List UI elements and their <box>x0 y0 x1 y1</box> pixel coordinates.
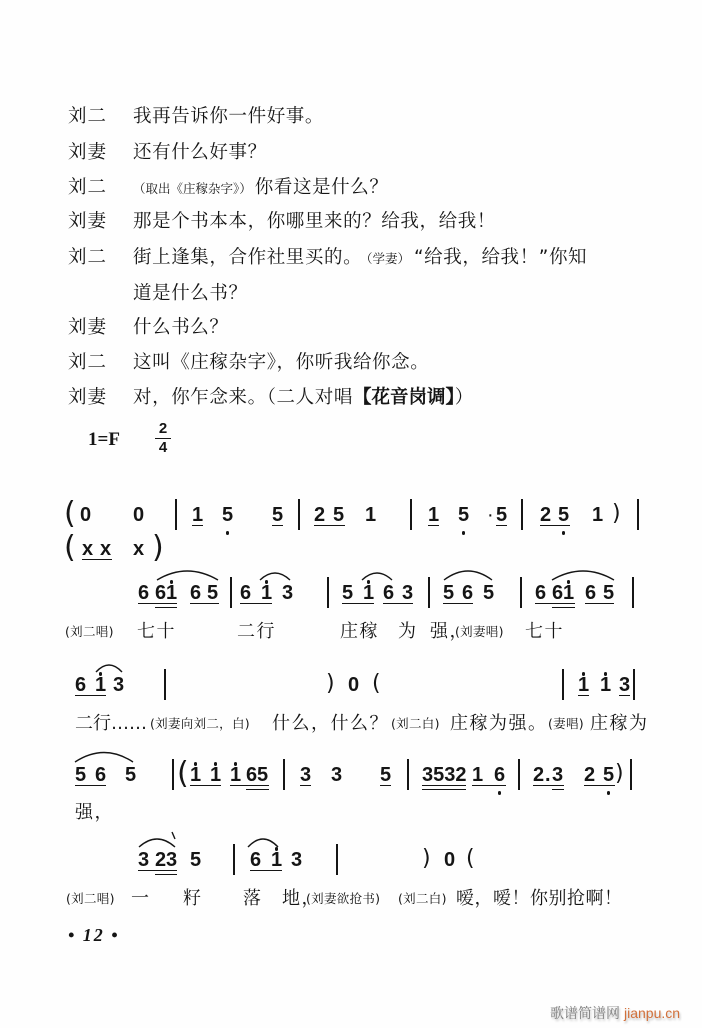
bar-line <box>562 669 564 700</box>
percussion-beat: x <box>133 539 144 559</box>
note: 5 <box>496 505 507 525</box>
bar-line <box>336 844 338 875</box>
lyrics-row: (刘二唱) 七十 二行 庄稼 为 强， (刘妻唱) 七十 <box>0 621 702 643</box>
beam-underline <box>472 785 506 786</box>
beam-underline <box>190 603 219 604</box>
beam-double-underline <box>552 789 564 790</box>
close-paren: ) <box>615 763 624 785</box>
note: 3 <box>291 850 302 870</box>
speaker-name: 刘二 <box>68 352 133 374</box>
note-high-octave: 1 <box>363 583 374 603</box>
beam-double-underline <box>155 874 177 875</box>
dialogue-text: 你看这是什么？ <box>255 177 389 198</box>
singer-direction: (刘妻唱) <box>455 621 504 643</box>
note-low-octave: 5 <box>222 505 233 525</box>
speaker-name: 刘二 <box>68 247 133 269</box>
note-low-octave: 5 <box>558 505 569 525</box>
score-row: 5 6 5 ( 1 1 1 6 5 3 3 5 3532 1 6 2 . 3 2… <box>0 765 702 785</box>
beam-underline <box>250 870 282 871</box>
note: 1 <box>192 505 203 525</box>
note: 3 <box>331 765 342 785</box>
open-paren: ( <box>466 848 475 870</box>
note-low-octave: 5 <box>458 505 469 525</box>
beam-underline <box>138 603 177 604</box>
lyric: 一 <box>131 888 151 910</box>
watermark: 歌谱简谱网jianpu.cn <box>550 1003 680 1024</box>
note: 5 <box>75 765 86 785</box>
beam-underline <box>578 695 589 696</box>
note: 5 <box>342 583 353 603</box>
lyric: 庄稼为 <box>590 713 649 735</box>
note: 3 <box>282 583 293 603</box>
beam-underline <box>240 603 272 604</box>
stage-direction: (刘妻欲抢书) <box>306 888 380 910</box>
lyrics-row: 强， <box>0 802 702 824</box>
beam-underline <box>383 603 413 604</box>
lyric: 为 <box>398 621 418 643</box>
lyrics-row: (刘二唱) 一 籽 落 地， (刘妻欲抢书) (刘二白) 嗳，嗳！你别抢啊！ <box>0 888 702 910</box>
score-page: 刘二我再告诉你一件好事。 刘妻还有什么好事？ 刘二（取出《庄稼杂字》）你看这是什… <box>0 0 702 1028</box>
lyric: 庄稼 <box>340 621 379 643</box>
note: 6 <box>250 850 261 870</box>
note-high-octave: 1 <box>600 675 611 695</box>
note: 6 <box>535 583 546 603</box>
beam-underline <box>533 785 564 786</box>
bar-line <box>428 577 430 608</box>
singer-direction: (妻唱) <box>548 713 584 735</box>
dialogue-text: ） <box>455 387 474 408</box>
score-row: 6 1 3 ) 0 ( 1 1 3 <box>0 675 702 695</box>
slur-marks <box>0 830 702 852</box>
spoken-direction: (刘妻向刘二，白) <box>150 713 250 735</box>
close-paren: ) <box>422 848 431 870</box>
beam-underline <box>584 785 615 786</box>
rest: 0 <box>444 850 455 870</box>
note: 3 <box>402 583 413 603</box>
note: 5 <box>257 765 268 785</box>
grace-dot: · <box>487 505 494 525</box>
beam-underline <box>428 525 439 526</box>
note-high-octave: 1 <box>190 765 201 785</box>
note: 5 <box>207 583 218 603</box>
note-high-octave: 1 <box>563 583 574 603</box>
note: 5 <box>443 583 454 603</box>
note: 1 <box>472 765 483 785</box>
note: 2 <box>314 505 325 525</box>
time-numerator: 2 <box>155 421 171 437</box>
note: 6 <box>552 583 563 603</box>
note: 6 <box>75 675 86 695</box>
note: 3 <box>300 765 311 785</box>
beam-underline <box>192 525 203 526</box>
beam-underline <box>272 525 283 526</box>
bar-line <box>230 577 232 608</box>
lyric: 二行…… <box>75 713 147 735</box>
note-high-octave: 1 <box>271 850 282 870</box>
dialogue-text: 街上逢集，合作社里买的。 <box>133 247 362 268</box>
percussion-beat: x <box>100 539 111 559</box>
dialogue-line: 刘妻还有什么好事？ <box>68 142 267 164</box>
open-paren: ( <box>372 673 381 695</box>
beam-underline <box>422 785 466 786</box>
note: 0 <box>80 505 91 525</box>
percussion-row: ( x x x ) <box>0 539 702 559</box>
bar-line <box>283 759 285 790</box>
close-paren: ) <box>326 673 335 695</box>
beam-double-underline <box>552 607 575 608</box>
dialogue-line: 刘二我再告诉你一件好事。 <box>68 106 324 128</box>
speaker-name: 刘妻 <box>68 387 133 409</box>
note: 2 <box>584 765 595 785</box>
beam-underline <box>82 559 112 560</box>
beam-underline <box>138 870 177 871</box>
lyric: 二行 <box>237 621 276 643</box>
note-high-octave: 1 <box>230 765 241 785</box>
note-low-octave: 5 <box>603 765 614 785</box>
note: 6 <box>190 583 201 603</box>
bar-line <box>633 669 635 700</box>
beam-double-underline <box>422 789 466 790</box>
beam-double-underline <box>246 789 269 790</box>
note-high-octave: 1 <box>578 675 589 695</box>
note: 5 <box>380 765 391 785</box>
beam-underline <box>300 785 311 786</box>
dialogue-text: 什么书么？ <box>133 317 229 338</box>
augmentation-dot: . <box>545 765 551 785</box>
speaker-name: 刘妻 <box>68 142 133 164</box>
note: 5 <box>483 583 494 603</box>
note-high-octave: 1 <box>95 675 106 695</box>
time-denominator: 4 <box>155 440 171 456</box>
beam-underline <box>443 603 473 604</box>
singer-direction: (刘二唱) <box>65 621 114 643</box>
bar-line <box>327 577 329 608</box>
tune-name: 【花音岗调】 <box>353 387 455 408</box>
beam-underline <box>540 525 570 526</box>
watermark-url: jianpu.cn <box>624 1005 680 1021</box>
note-high-octave: 1 <box>166 583 177 603</box>
bar-line <box>407 759 409 790</box>
note-high-octave: 1 <box>261 583 272 603</box>
lyric: 籽 <box>183 888 203 910</box>
spoken-direction: (刘二白) <box>398 888 447 910</box>
beam-underline <box>380 785 391 786</box>
dialogue-text: “给我，给我！”你知 <box>414 247 587 268</box>
note: 3 <box>138 850 149 870</box>
speaker-name: 刘二 <box>68 106 133 128</box>
dialogue-line: 刘妻对，你乍念来。（二人对唱【花音岗调】） <box>68 387 474 409</box>
dialogue-line: 刘二街上逢集，合作社里买的。（学妻）“给我，给我！”你知 <box>68 247 587 269</box>
bar-line <box>637 499 639 530</box>
note: 6 <box>462 583 473 603</box>
beam-double-underline <box>155 607 177 608</box>
dialogue-text: 这叫《庄稼杂字》，你听我给你念。 <box>133 352 429 373</box>
beam-underline <box>342 603 374 604</box>
beam-underline <box>314 525 345 526</box>
bar-line <box>164 669 166 700</box>
close-paren: ) <box>152 532 164 564</box>
note: 1 <box>428 505 439 525</box>
bar-line <box>632 577 634 608</box>
note: 5 <box>190 850 201 870</box>
note: 0 <box>133 505 144 525</box>
bar-line <box>520 577 522 608</box>
dialogue-line: 刘妻那是个书本本，你哪里来的？给我，给我！ <box>68 211 496 233</box>
dialogue-line: 刘妻什么书么？ <box>68 317 229 339</box>
dialogue-line: 刘二（取出《庄稼杂字》）你看这是什么？ <box>68 177 388 199</box>
note: 5 <box>603 583 614 603</box>
beam-underline <box>75 695 106 696</box>
note: 1 <box>365 505 376 525</box>
note: 6 <box>155 583 166 603</box>
dialogue-line: 刘二这叫《庄稼杂字》，你听我给你念。 <box>68 352 429 374</box>
beam-underline <box>535 603 575 604</box>
note: 6 <box>138 583 149 603</box>
note-high-octave: 1 <box>210 765 221 785</box>
note-group: 3532 <box>422 765 467 785</box>
note: 1 <box>592 505 603 525</box>
note: 6 <box>95 765 106 785</box>
note: 5 <box>333 505 344 525</box>
page-number: • 12 • <box>68 924 120 946</box>
key-signature: 1=F <box>88 429 120 451</box>
speaker-name: 刘妻 <box>68 317 133 339</box>
beam-underline <box>75 785 106 786</box>
time-signature: 2 4 <box>155 421 171 456</box>
score-row: 3 2 3 5 6 1 3 ) 0 ( <box>0 850 702 870</box>
bar-line <box>233 844 235 875</box>
note: 6 <box>585 583 596 603</box>
note: 3 <box>552 765 563 785</box>
singer-direction: (刘二唱) <box>66 888 115 910</box>
note: 3 <box>166 850 177 870</box>
dialogue-text: 道是什么书？ <box>133 283 248 304</box>
bar-line <box>630 759 632 790</box>
dialogue-text: 我再告诉你一件好事。 <box>133 106 324 127</box>
dialogue-text: 还有什么好事？ <box>133 142 267 163</box>
note: 2 <box>540 505 551 525</box>
beam-underline <box>585 603 614 604</box>
spoken-line: 庄稼为强。 <box>450 713 548 735</box>
lyric: 强， <box>75 802 114 824</box>
note: 5 <box>272 505 283 525</box>
beam-underline <box>230 785 269 786</box>
speaker-name: 刘二 <box>68 177 133 199</box>
stage-direction: （取出《庄稼杂字》） <box>133 181 252 196</box>
note: 2 <box>155 850 166 870</box>
beam-underline <box>619 695 630 696</box>
percussion-beat: x <box>82 539 93 559</box>
dialogue-text: 对，你乍念来。（二人对唱 <box>133 387 353 408</box>
note: 3 <box>619 675 630 695</box>
lyric: 七十 <box>525 621 564 643</box>
bar-line <box>172 759 174 790</box>
spoken-direction: (刘二白) <box>391 713 440 735</box>
watermark-site-name: 歌谱简谱网 <box>550 1006 620 1022</box>
note: 2 <box>533 765 544 785</box>
rest: 0 <box>348 675 359 695</box>
score-row: 6 6 1 6 5 6 1 3 5 1 6 3 5 6 5 6 6 1 6 5 <box>0 583 702 603</box>
open-paren: ( <box>177 758 189 790</box>
bar-line <box>518 759 520 790</box>
beam-underline <box>496 525 507 526</box>
bar-line <box>410 499 412 530</box>
open-paren: ( <box>64 498 76 530</box>
lyrics-row: 二行…… (刘妻向刘二，白) 什么，什么？ (刘二白) 庄稼为强。 (妻唱) 庄… <box>0 713 702 735</box>
bar-line <box>298 499 300 530</box>
bar-line <box>175 499 177 530</box>
lyric: 七十 <box>137 621 176 643</box>
bar-line <box>521 499 523 530</box>
lyric: 落 <box>243 888 263 910</box>
spoken-line: 什么，什么？ <box>272 713 389 735</box>
speaker-name: 刘妻 <box>68 211 133 233</box>
note: 5 <box>125 765 136 785</box>
note: 6 <box>240 583 251 603</box>
note: 3 <box>113 675 124 695</box>
stage-direction: （学妻） <box>366 251 410 266</box>
close-paren: ) <box>612 503 621 525</box>
beam-underline <box>190 785 221 786</box>
score-row: ( 0 0 1 5 5 2 5 1 1 5 · 5 2 5 1 ) <box>0 505 702 525</box>
open-paren: ( <box>64 532 76 564</box>
dialogue-text: 那是个书本本，你哪里来的？给我，给我！ <box>133 211 496 232</box>
spoken-line: 嗳，嗳！你别抢啊！ <box>456 888 623 910</box>
note: 6 <box>246 765 257 785</box>
note: 6 <box>383 583 394 603</box>
dialogue-line-continuation: 道是什么书？ <box>68 283 248 305</box>
note-low-octave: 6 <box>494 765 505 785</box>
